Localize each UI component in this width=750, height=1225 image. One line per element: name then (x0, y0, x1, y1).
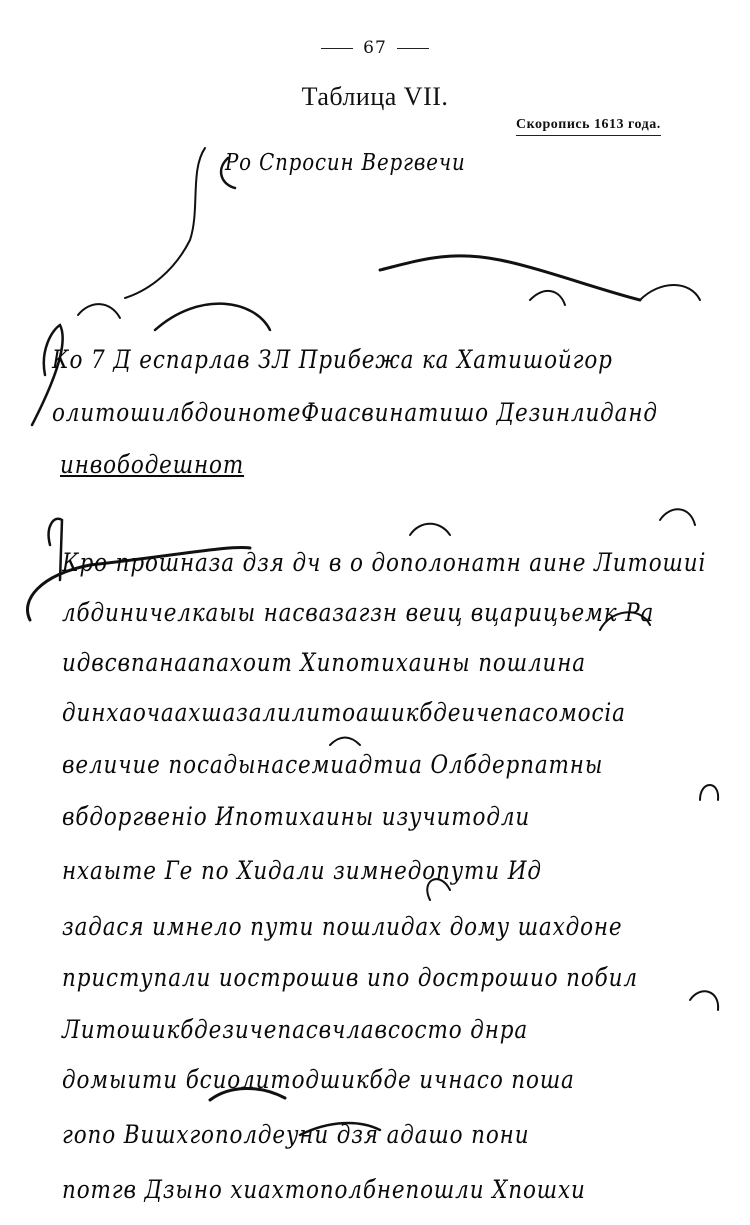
manuscript-line: приступали иострошив ипо дострошио побил (62, 963, 638, 992)
manuscript-line: олитошилбдоинотеФиасвинатишо Дезинлиданд (52, 398, 658, 427)
manuscript-line: Ко 7 Д еспарлав ЗЛ Прибежа ка Хатишойгор (52, 345, 613, 374)
manuscript-line: идвсвпанаапахоит Хипотихаины пошлина (62, 648, 586, 677)
manuscript-line: инвободешнот (60, 450, 244, 479)
manuscript-line: потгв Дзыно хиахтополбнепошли Хпошхи (62, 1175, 586, 1204)
manuscript-line: динхаочаахшазалилитоашикбдеичепасомосіа (62, 698, 626, 727)
manuscript-line: нхаыте Ге по Хидали зимнедопути Ид (62, 856, 542, 885)
manuscript-line: Литошикбдезичепасвчлавсосто днра (62, 1015, 528, 1044)
manuscript-line: задася имнело пути пошлидах дому шахдоне (62, 912, 622, 941)
manuscript-line: домыити бсиолитодшикбде ичнасо поша (62, 1065, 575, 1094)
manuscript-line: Кро прошназа дзя дч в о дополонатн аине … (62, 548, 706, 577)
manuscript-line: величие посадынасемиадтиа Олбдерпатны (62, 750, 603, 779)
manuscript-heading: Ро Спросин Вергвечи (225, 150, 466, 176)
manuscript-line: лбдиничелкаыы насвазагзн веиц вцарицьемк… (62, 598, 654, 627)
manuscript-line: вбдоргвеніо Ипотихаины изучитодли (62, 802, 530, 831)
manuscript-facsimile: Ро Спросин Вергвечи Ко 7 Д еспарлав ЗЛ П… (0, 0, 750, 1225)
manuscript-line: гопо Вишхгополдеуни дзя адашо пони (62, 1120, 529, 1149)
